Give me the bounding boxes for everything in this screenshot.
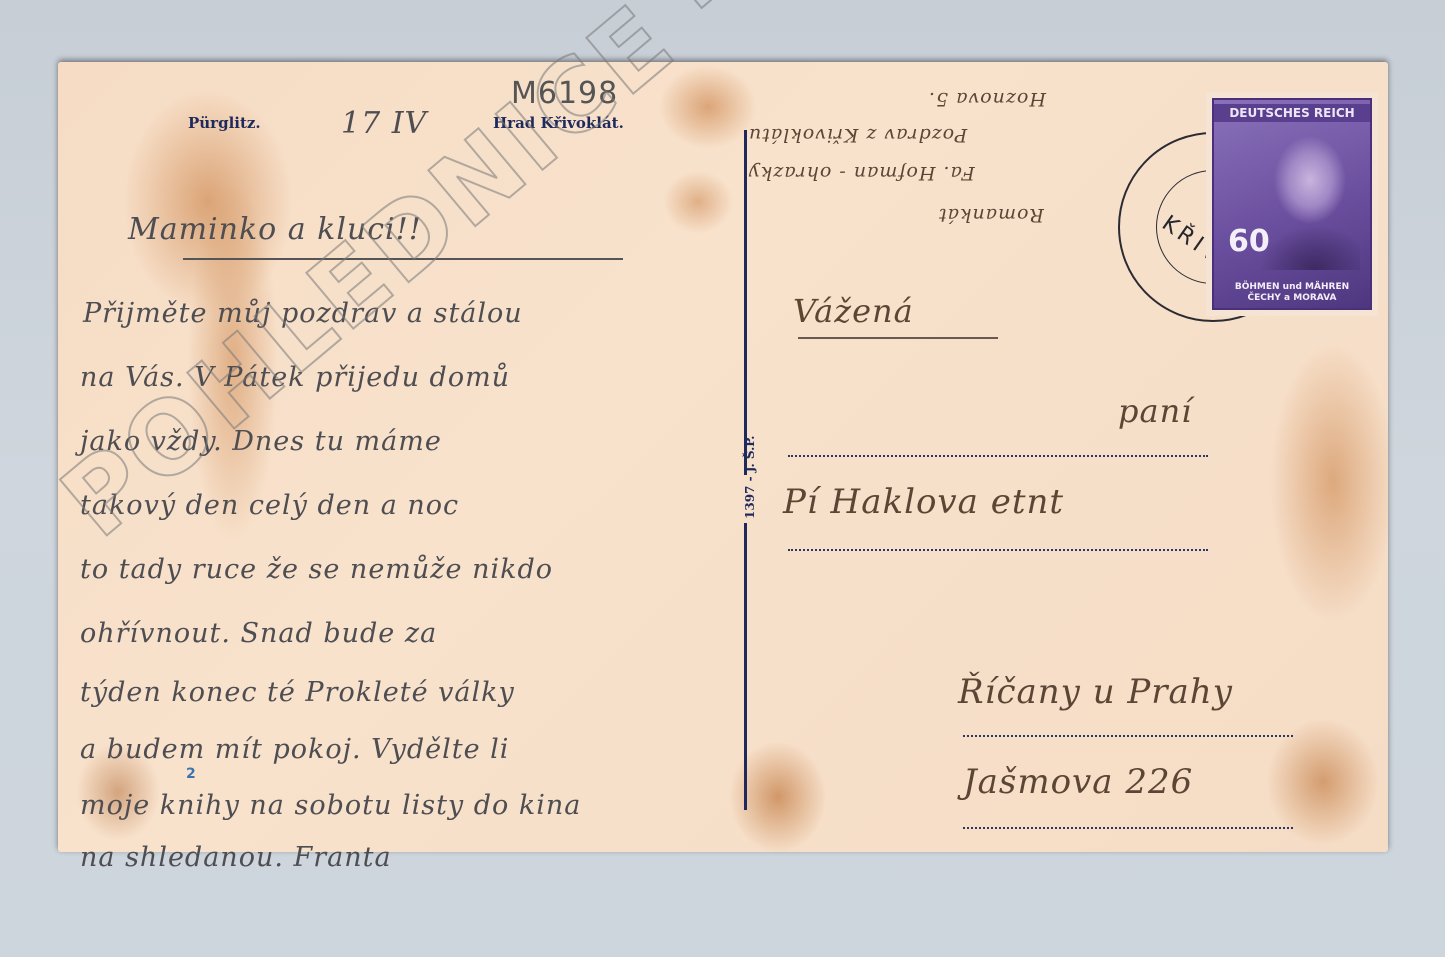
address-dotline	[788, 549, 1208, 551]
stamp-country: DEUTSCHES REICH	[1214, 104, 1370, 122]
message-line: to tady ruce že se nemůže nikdo	[80, 554, 553, 585]
printed-caption-krivoklat: Hrad Křivoklát.	[493, 114, 624, 132]
publisher-code: 1397 - J. Š.P.	[743, 475, 757, 523]
message-line: ohřívnout. Snad bude za	[80, 618, 437, 649]
catalog-mark: M6198	[511, 76, 618, 111]
message-salutation: Maminko a kluci!!	[128, 212, 422, 247]
address-line: Říčany u Prahy	[958, 672, 1233, 712]
address-line: Pí Haklova etnt	[783, 482, 1064, 522]
address-dotline	[788, 455, 1208, 457]
message-line: takový den celý den a noc	[80, 490, 459, 521]
postage-stamp: DEUTSCHES REICH 60 BÖHMEN und MÄHREN ČEC…	[1206, 92, 1378, 316]
date-note: 17 IV	[341, 106, 427, 141]
salutation-underline	[183, 258, 623, 260]
address-dotline	[963, 827, 1293, 829]
message-line: na shledanou. Franta	[80, 842, 392, 873]
stamp-portrait-icon	[1260, 130, 1360, 270]
message-line: jako vždy. Dnes tu máme	[80, 426, 442, 457]
address-dotline	[963, 735, 1293, 737]
postcard-back: Pürglitz. Hrad Křivoklát. M6198 17 IV 13…	[58, 62, 1388, 852]
address-line: Jašmova 226	[963, 762, 1193, 802]
message-line: moje knihy na sobotu listy do kina	[80, 790, 581, 821]
blue-number-mark: 2	[186, 766, 196, 782]
address-line: paní	[1118, 392, 1192, 430]
message-line: na Vás. V Pátek přijedu domů	[80, 362, 510, 393]
stamp-text-de: BÖHMEN und MÄHREN	[1214, 282, 1370, 293]
printed-caption-purglitz: Pürglitz.	[188, 114, 261, 132]
sender-line: Hoznova 5.	[928, 88, 1046, 110]
stamp-text-cz: ČECHY a MORAVA	[1214, 293, 1370, 304]
address-line: Vážená	[793, 292, 914, 330]
message-line: Přijměte můj pozdrav a stálou	[83, 298, 523, 329]
sender-line: Pozdrav z Křivoklátu	[748, 124, 967, 146]
sender-line: Fa. Hofman - ohrazky	[748, 162, 975, 184]
sender-line: Romankát	[938, 204, 1044, 226]
message-line: a budem mít pokoj. Vydělte li	[80, 734, 509, 765]
message-line: týden konec té Prokleté války	[80, 677, 515, 708]
stamp-value: 60	[1228, 224, 1270, 259]
